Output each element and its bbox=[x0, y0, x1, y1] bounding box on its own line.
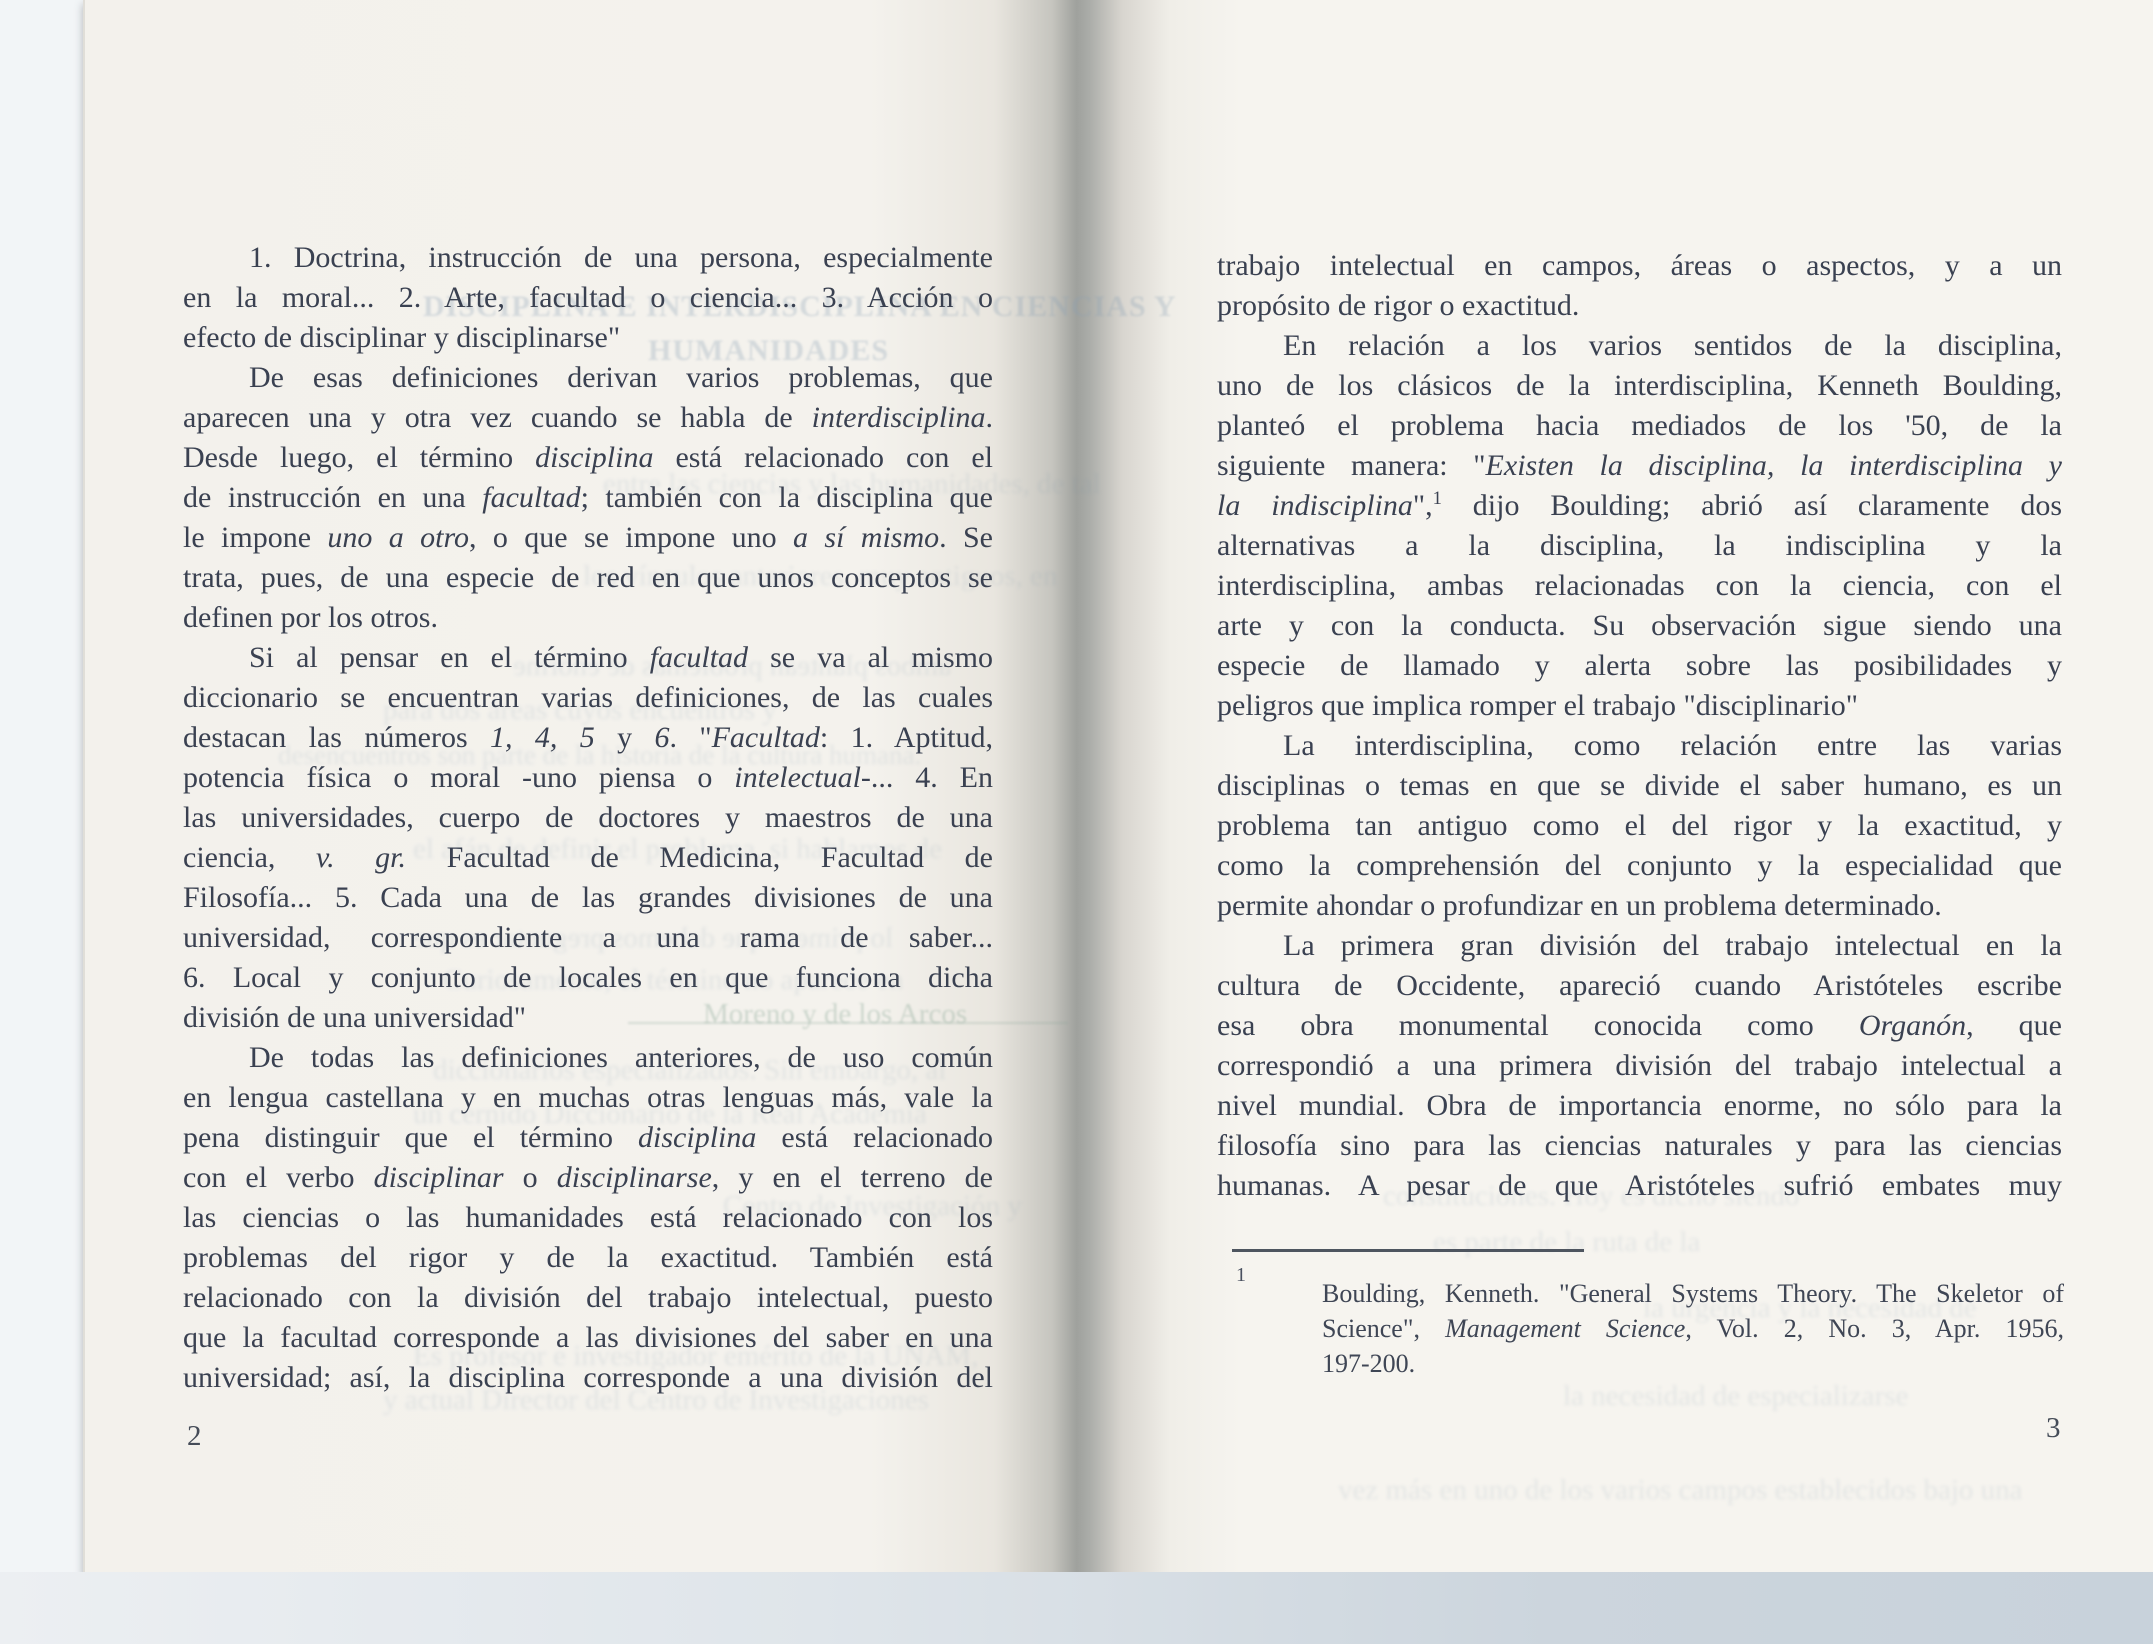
text-line: De esas definiciones derivan varios prob… bbox=[183, 358, 993, 398]
text-line: trata, pues, de una especie de red en qu… bbox=[183, 558, 993, 598]
scanner-bed-bottom bbox=[0, 1572, 2153, 1644]
text-line: disciplinas o temas en que se divide el … bbox=[1217, 766, 2062, 806]
scanner-bed-left bbox=[0, 0, 83, 1644]
text-line: que la facultad corresponde a las divisi… bbox=[183, 1318, 993, 1358]
text-line: 1. Doctrina, instrucción de una persona,… bbox=[183, 238, 993, 278]
text-line: división de una universidad" bbox=[183, 998, 993, 1038]
text-line: Science", Management Science, Vol. 2, No… bbox=[1322, 1311, 2064, 1346]
text-line: peligros que implica romper el trabajo "… bbox=[1217, 686, 2062, 726]
text-line: la indisciplina",1 dijo Boulding; abrió … bbox=[1217, 486, 2062, 526]
text-line: especie de llamado y alerta sobre las po… bbox=[1217, 646, 2062, 686]
text-line: universidad; así, la disciplina correspo… bbox=[183, 1358, 993, 1398]
text-line: planteó el problema hacia mediados de lo… bbox=[1217, 406, 2062, 446]
text-line: diccionario se encuentran varias definic… bbox=[183, 678, 993, 718]
text-line: relacionado con la división del trabajo … bbox=[183, 1278, 993, 1318]
right-page-text: trabajo intelectual en campos, áreas o a… bbox=[1217, 246, 2062, 1206]
text-line: le impone uno a otro, o que se impone un… bbox=[183, 518, 993, 558]
text-line: definen por los otros. bbox=[183, 598, 993, 638]
text-line: trabajo intelectual en campos, áreas o a… bbox=[1217, 246, 2062, 286]
bleedthrough-text: vez más en uno de los varios campos esta… bbox=[1338, 1474, 2023, 1507]
text-line: Si al pensar en el término facultad se v… bbox=[183, 638, 993, 678]
text-line: permite ahondar o profundizar en un prob… bbox=[1217, 886, 2062, 926]
footnote-text: Boulding, Kenneth. "General Systems Theo… bbox=[1322, 1276, 2064, 1381]
text-line: filosofía sino para las ciencias natural… bbox=[1217, 1126, 2062, 1166]
text-line: 197-200. bbox=[1322, 1346, 2064, 1381]
text-line: uno de los clásicos de la interdisciplin… bbox=[1217, 366, 2062, 406]
left-page-text: 1. Doctrina, instrucción de una persona,… bbox=[183, 238, 993, 1398]
text-line: correspondió a una primera división del … bbox=[1217, 1046, 2062, 1086]
text-line: interdisciplina, ambas relacionadas con … bbox=[1217, 566, 2062, 606]
text-line: las universidades, cuerpo de doctores y … bbox=[183, 798, 993, 838]
text-line: efecto de disciplinar y disciplinarse" bbox=[183, 318, 993, 358]
text-line: universidad, correspondiente a una rama … bbox=[183, 918, 993, 958]
text-line: las ciencias o las humanidades está rela… bbox=[183, 1198, 993, 1238]
text-line: Filosofía... 5. Cada una de las grandes … bbox=[183, 878, 993, 918]
text-line: con el verbo disciplinar o disciplinarse… bbox=[183, 1158, 993, 1198]
text-line: 6. Local y conjunto de locales en que fu… bbox=[183, 958, 993, 998]
left-page-number: 2 bbox=[187, 1420, 202, 1453]
text-line: Desde luego, el término disciplina está … bbox=[183, 438, 993, 478]
text-line: en la moral... 2. Arte, facultad o cienc… bbox=[183, 278, 993, 318]
bleedthrough-text: es parte de la ruta de la bbox=[1433, 1226, 1700, 1259]
footnote-divider bbox=[1232, 1249, 1584, 1252]
text-line: ciencia, v. gr. Facultad de Medicina, Fa… bbox=[183, 838, 993, 878]
text-line: problema tan antiguo como el del rigor y… bbox=[1217, 806, 2062, 846]
text-line: esa obra monumental conocida como Organó… bbox=[1217, 1006, 2062, 1046]
text-line: En relación a los varios sentidos de la … bbox=[1217, 326, 2062, 366]
text-line: humanas. A pesar de que Aristóteles sufr… bbox=[1217, 1166, 2062, 1206]
right-page-number: 3 bbox=[2046, 1412, 2061, 1445]
text-line: De todas las definiciones anteriores, de… bbox=[183, 1038, 993, 1078]
text-line: arte y con la conducta. Su observación s… bbox=[1217, 606, 2062, 646]
text-line: La interdisciplina, como relación entre … bbox=[1217, 726, 2062, 766]
text-line: de instrucción en una facultad; también … bbox=[183, 478, 993, 518]
text-line: destacan las números 1, 4, 5 y 6. "Facul… bbox=[183, 718, 993, 758]
text-line: en lengua castellana y en muchas otras l… bbox=[183, 1078, 993, 1118]
text-line: potencia física o moral -uno piensa o in… bbox=[183, 758, 993, 798]
footnote-marker: 1 bbox=[1236, 1264, 1246, 1287]
text-line: propósito de rigor o exactitud. bbox=[1217, 286, 2062, 326]
text-line: como la comprehensión del conjunto y la … bbox=[1217, 846, 2062, 886]
text-line: problemas del rigor y de la exactitud. T… bbox=[183, 1238, 993, 1278]
text-line: pena distinguir que el término disciplin… bbox=[183, 1118, 993, 1158]
bleedthrough-text: la necesidad de especializarse bbox=[1563, 1380, 1908, 1413]
text-line: La primera gran división del trabajo int… bbox=[1217, 926, 2062, 966]
text-line: siguiente manera: "Existen la disciplina… bbox=[1217, 446, 2062, 486]
text-line: aparecen una y otra vez cuando se habla … bbox=[183, 398, 993, 438]
text-line: cultura de Occidente, apareció cuando Ar… bbox=[1217, 966, 2062, 1006]
text-line: nivel mundial. Obra de importancia enorm… bbox=[1217, 1086, 2062, 1126]
text-line: alternativas a la disciplina, la indisci… bbox=[1217, 526, 2062, 566]
book-scan: DISCIPLINA E INTERDISCIPLINA EN CIENCIAS… bbox=[0, 0, 2153, 1644]
text-line: Boulding, Kenneth. "General Systems Theo… bbox=[1322, 1276, 2064, 1311]
